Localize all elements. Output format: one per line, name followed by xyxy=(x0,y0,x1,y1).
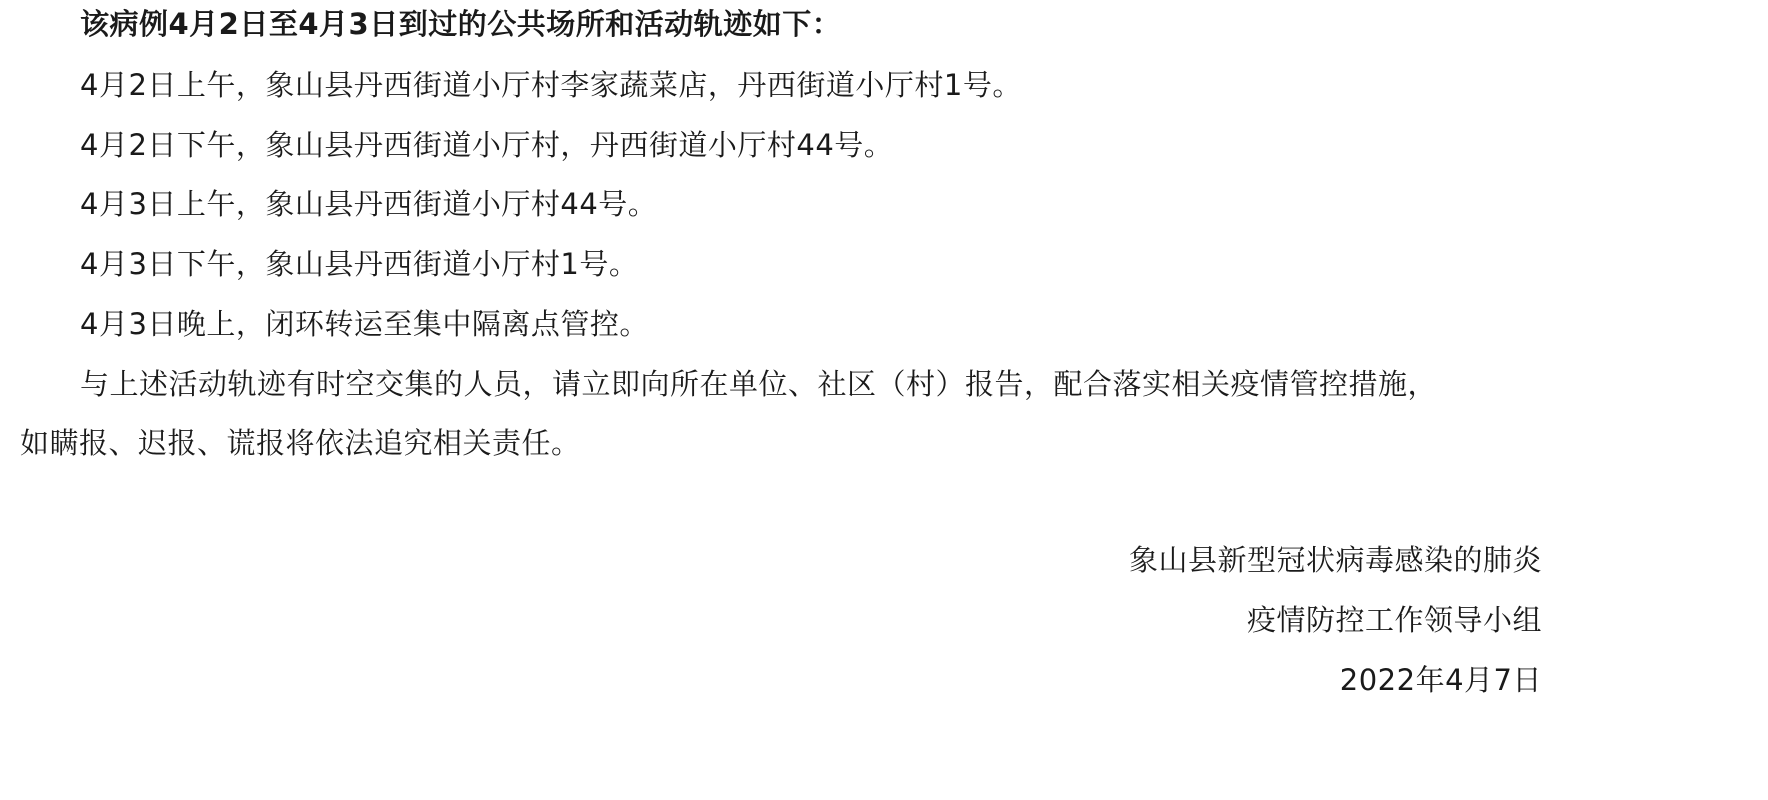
trajectory-item: 4月3日晚上，闭环转运至集中隔离点管控。 xyxy=(80,304,649,344)
trajectory-item: 4月3日上午，象山县丹西街道小厅村44号。 xyxy=(80,184,657,224)
signature-org-line-2: 疫情防控工作领导小组 xyxy=(1247,600,1542,640)
notice-paragraph-line-2: 如瞒报、迟报、谎报将依法追究相关责任。 xyxy=(20,423,581,463)
signature-date: 2022年4月7日 xyxy=(1340,660,1542,700)
document-heading: 该病例4月2日至4月3日到过的公共场所和活动轨迹如下： xyxy=(80,4,841,44)
trajectory-item: 4月2日上午，象山县丹西街道小厅村李家蔬菜店，丹西街道小厅村1号。 xyxy=(80,65,1022,105)
trajectory-item: 4月3日下午，象山县丹西街道小厅村1号。 xyxy=(80,244,638,284)
signature-org-line-1: 象山县新型冠状病毒感染的肺炎 xyxy=(1129,540,1542,580)
trajectory-item: 4月2日下午，象山县丹西街道小厅村，丹西街道小厅村44号。 xyxy=(80,125,893,165)
notice-paragraph-line-1: 与上述活动轨迹有时空交集的人员，请立即向所在单位、社区（村）报告，配合落实相关疫… xyxy=(80,364,1437,404)
notice-document: 该病例4月2日至4月3日到过的公共场所和活动轨迹如下： 4月2日上午，象山县丹西… xyxy=(0,0,1768,800)
